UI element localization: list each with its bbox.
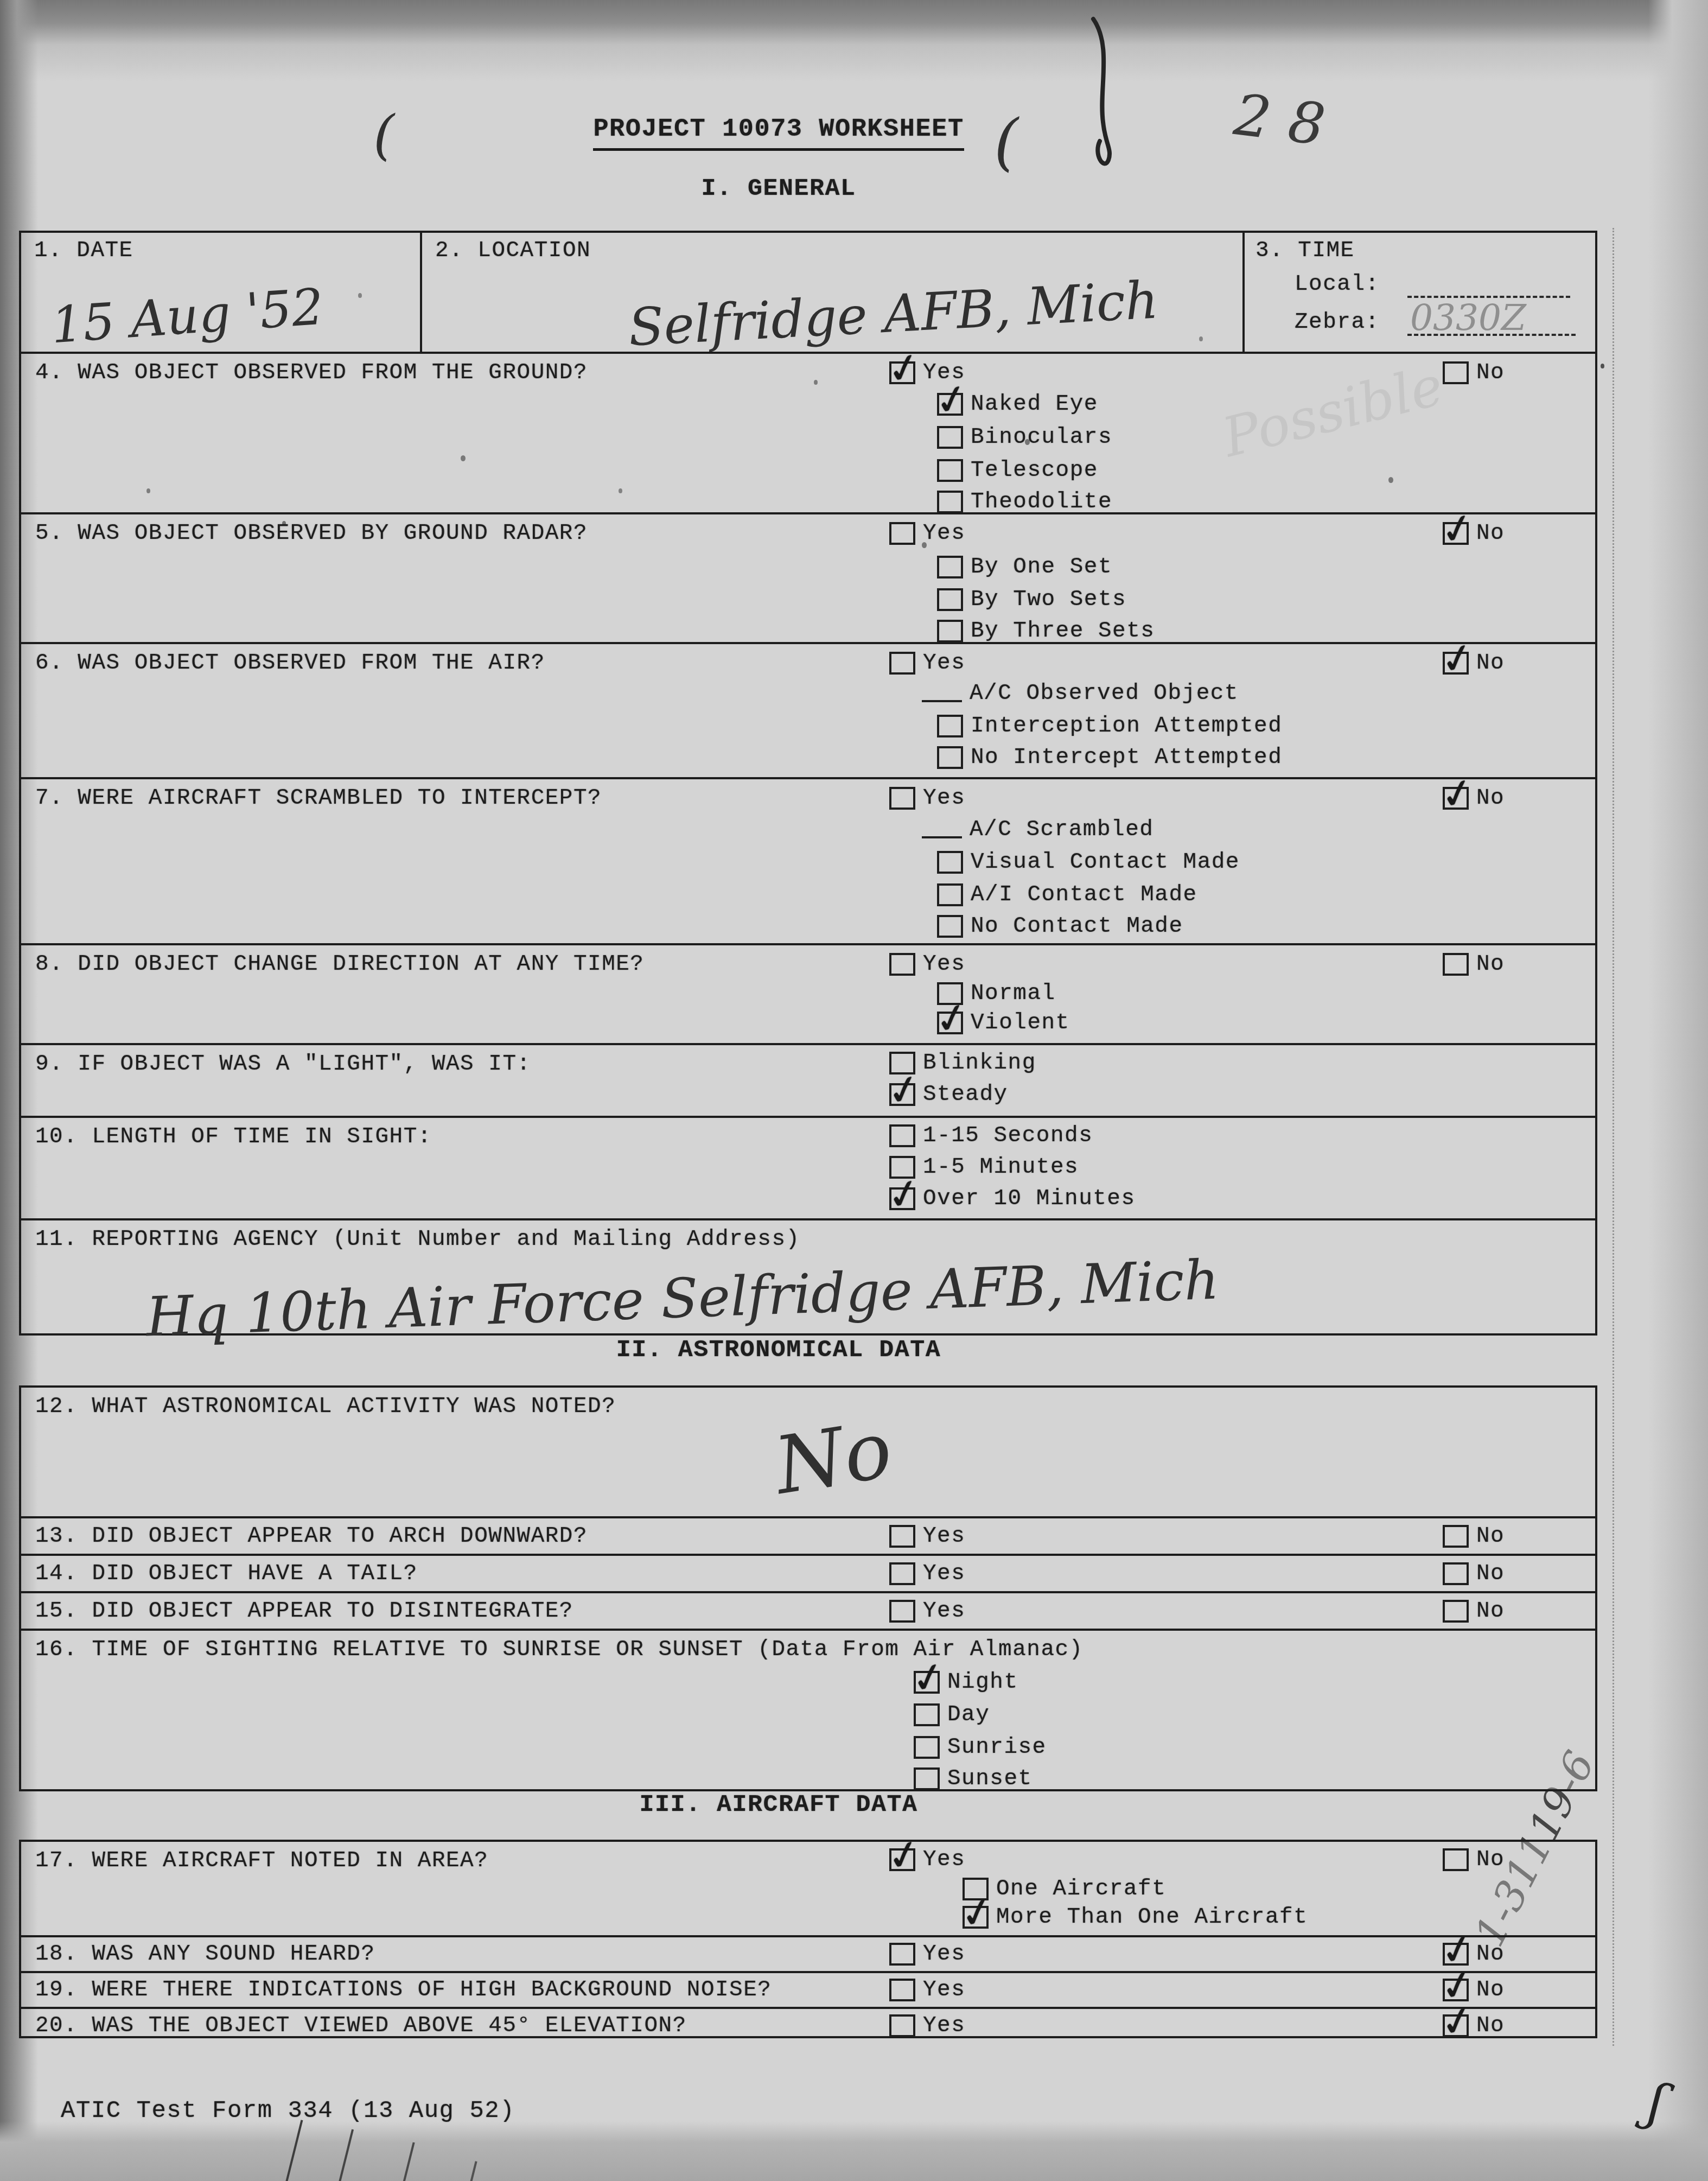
option-checkbox[interactable] — [914, 1736, 940, 1759]
section-astronomical-heading: II. ASTRONOMICAL DATA — [616, 1336, 941, 1364]
time-zebra-label: Zebra: — [1295, 310, 1380, 335]
question-label: 6. WAS OBJECT OBSERVED FROM THE AIR? — [35, 651, 545, 676]
question-label: 12. WHAT ASTRONOMICAL ACTIVITY WAS NOTED… — [35, 1394, 616, 1419]
form-number-footer: ATIC Test Form 334 (13 Aug 52) — [61, 2097, 515, 2125]
reporting-agency-value: Hq 10th Air Force Selfridge AFB, Mich — [145, 1248, 1220, 1349]
option-checkbox[interactable] — [937, 915, 963, 938]
option-label: Visual Contact Made — [971, 850, 1240, 875]
option-label: Over 10 Minutes — [923, 1186, 1136, 1211]
no-label: No — [1476, 1561, 1505, 1586]
option-checkbox[interactable] — [937, 1012, 963, 1034]
option-label: Sunrise — [947, 1735, 1047, 1760]
question-row-13: 13. DID OBJECT APPEAR TO ARCH DOWNWARD? … — [21, 1516, 1595, 1554]
option-label: 1-15 Seconds — [923, 1123, 1093, 1148]
yes-checkbox[interactable] — [889, 2014, 915, 2037]
handwritten-paren-right: ( — [994, 106, 1018, 179]
page-title: PROJECT 10073 WORKSHEET — [593, 115, 964, 151]
question-label: 20. WAS THE OBJECT VIEWED ABOVE 45° ELEV… — [35, 2013, 687, 2038]
date-value: 15 Aug '52 — [49, 278, 326, 355]
time-cell: 3. TIME Local: Zebra: 0330Z — [1242, 233, 1595, 352]
yes-label: Yes — [923, 1942, 965, 1967]
option-checkbox[interactable] — [937, 851, 963, 874]
question-row-5: 5. WAS OBJECT OBSERVED BY GROUND RADAR? … — [21, 512, 1595, 642]
question-label: 14. DID OBJECT HAVE A TAIL? — [35, 1561, 418, 1586]
scan-edge-right — [1648, 0, 1708, 2181]
question-row-6: 6. WAS OBJECT OBSERVED FROM THE AIR? Yes… — [21, 642, 1595, 777]
yes-checkbox[interactable] — [889, 361, 915, 384]
question-row-7: 7. WERE AIRCRAFT SCRAMBLED TO INTERCEPT?… — [21, 777, 1595, 943]
time-label: 3. TIME — [1255, 238, 1355, 263]
date-cell: 1. DATE 15 Aug '52 — [21, 233, 420, 352]
section-general-band: I. GENERAL — [0, 175, 1557, 202]
option-label: No Contact Made — [971, 914, 1183, 939]
option-label: Sunset — [947, 1766, 1033, 1791]
option-label: A/C Observed Object — [970, 681, 1239, 706]
yes-checkbox[interactable] — [889, 1943, 915, 1966]
scan-edge-top — [0, 0, 1708, 81]
question-row-11: 11. REPORTING AGENCY (Unit Number and Ma… — [21, 1218, 1595, 1351]
no-checkbox[interactable] — [1443, 522, 1469, 545]
option-checkbox[interactable] — [937, 393, 963, 416]
option-label: Telescope — [971, 458, 1098, 483]
yes-label: Yes — [923, 1977, 965, 2002]
ink-scrawl-mark — [1061, 14, 1148, 193]
handwritten-page-number: 2 8 — [1231, 81, 1329, 158]
option-checkbox[interactable] — [963, 1906, 989, 1929]
yes-checkbox[interactable] — [889, 953, 915, 976]
option-checkbox[interactable] — [937, 459, 963, 482]
yes-checkbox[interactable] — [889, 1562, 915, 1585]
question-row-18: 18. WAS ANY SOUND HEARD? Yes No — [21, 1935, 1595, 1971]
option-checkbox[interactable] — [937, 588, 963, 611]
question-label: 7. WERE AIRCRAFT SCRAMBLED TO INTERCEPT? — [35, 786, 602, 811]
option-label: Normal — [971, 981, 1056, 1006]
option-label: 1-5 Minutes — [923, 1155, 1079, 1180]
zebra-value: 0330Z — [1410, 297, 1526, 339]
no-checkbox[interactable] — [1443, 1600, 1469, 1623]
option-checkbox[interactable] — [889, 1187, 915, 1210]
question-label: 18. WAS ANY SOUND HEARD? — [35, 1942, 375, 1967]
astronomical-table: 12. WHAT ASTRONOMICAL ACTIVITY WAS NOTED… — [19, 1385, 1597, 1791]
astronomical-activity-value: No — [769, 1403, 898, 1512]
aircraft-table: 17. WERE AIRCRAFT NOTED IN AREA? Yes No … — [19, 1840, 1597, 2038]
option-label: Blinking — [923, 1051, 1036, 1076]
no-checkbox[interactable] — [1443, 1525, 1469, 1548]
question-label: 9. IF OBJECT WAS A "LIGHT", WAS IT: — [35, 1052, 531, 1077]
no-label: No — [1476, 651, 1505, 676]
no-checkbox[interactable] — [1443, 652, 1469, 675]
question-row-14: 14. DID OBJECT HAVE A TAIL? Yes No — [21, 1554, 1595, 1591]
handwritten-paren-left: ( — [373, 103, 394, 167]
location-cell: 2. LOCATION Selfridge AFB, Mich — [420, 233, 1242, 352]
no-label: No — [1476, 952, 1505, 977]
option-checkbox[interactable] — [914, 1703, 940, 1726]
yes-checkbox[interactable] — [889, 1848, 915, 1871]
option-label: One Aircraft — [996, 1877, 1166, 1902]
paper-edge-line — [1613, 228, 1614, 2046]
option-checkbox[interactable] — [937, 426, 963, 449]
option-checkbox[interactable] — [914, 1671, 940, 1694]
option-label: By Three Sets — [971, 619, 1155, 644]
no-label: No — [1476, 521, 1505, 546]
date-label: 1. DATE — [34, 238, 133, 263]
option-checkbox[interactable] — [937, 883, 963, 906]
yes-checkbox[interactable] — [889, 1600, 915, 1623]
option-blank-line[interactable] — [922, 685, 962, 702]
option-label: A/I Contact Made — [971, 882, 1197, 907]
yes-label: Yes — [923, 1599, 965, 1624]
no-label: No — [1476, 786, 1505, 811]
question-row-8: 8. DID OBJECT CHANGE DIRECTION AT ANY TI… — [21, 943, 1595, 1043]
yes-checkbox[interactable] — [889, 1979, 915, 2001]
question-row-19: 19. WERE THERE INDICATIONS OF HIGH BACKG… — [21, 1971, 1595, 2007]
option-checkbox[interactable] — [937, 556, 963, 578]
no-label: No — [1476, 2013, 1505, 2038]
yes-label: Yes — [923, 2013, 965, 2038]
no-label: No — [1476, 1977, 1505, 2002]
option-blank-line[interactable] — [922, 821, 962, 838]
local-blank-line[interactable] — [1407, 279, 1570, 298]
question-label: 17. WERE AIRCRAFT NOTED IN AREA? — [35, 1848, 488, 1873]
no-label: No — [1476, 1524, 1505, 1549]
question-label: 10. LENGTH OF TIME IN SIGHT: — [35, 1124, 432, 1149]
section-astronomical-band: II. ASTRONOMICAL DATA — [0, 1336, 1557, 1364]
yes-label: Yes — [923, 1524, 965, 1549]
option-checkbox[interactable] — [937, 746, 963, 769]
question-label: 13. DID OBJECT APPEAR TO ARCH DOWNWARD? — [35, 1524, 588, 1549]
yes-label: Yes — [923, 952, 965, 977]
yes-checkbox[interactable] — [889, 652, 915, 675]
no-checkbox[interactable] — [1443, 1848, 1469, 1871]
no-checkbox[interactable] — [1443, 1562, 1469, 1585]
scan-edge-bottom — [0, 2121, 1708, 2181]
option-label: No Intercept Attempted — [971, 745, 1282, 770]
option-checkbox[interactable] — [914, 1767, 940, 1790]
question-label: 4. WAS OBJECT OBSERVED FROM THE GROUND? — [35, 360, 588, 385]
no-label: No — [1476, 1599, 1505, 1624]
general-table: 1. DATE 15 Aug '52 2. LOCATION Selfridge… — [19, 231, 1597, 1336]
no-label: No — [1476, 1847, 1505, 1872]
location-value: Selfridge AFB, Mich — [627, 270, 1160, 358]
option-label: Violent — [971, 1010, 1070, 1035]
question-row-12: 12. WHAT ASTRONOMICAL ACTIVITY WAS NOTED… — [21, 1388, 1595, 1516]
yes-checkbox[interactable] — [889, 522, 915, 545]
option-label: Binoculars — [971, 425, 1112, 450]
yes-label: Yes — [923, 786, 965, 811]
option-checkbox[interactable] — [889, 1083, 915, 1106]
section-general-heading: I. GENERAL — [701, 175, 856, 202]
yes-checkbox[interactable] — [889, 1525, 915, 1548]
question-label: 15. DID OBJECT APPEAR TO DISINTEGRATE? — [35, 1599, 573, 1624]
option-checkbox[interactable] — [889, 1124, 915, 1147]
option-label: Steady — [923, 1082, 1008, 1107]
question-row-9: 9. IF OBJECT WAS A "LIGHT", WAS IT: Blin… — [21, 1043, 1595, 1116]
question-label: 5. WAS OBJECT OBSERVED BY GROUND RADAR? — [35, 521, 588, 546]
option-label: More Than One Aircraft — [996, 1905, 1308, 1930]
option-label: By Two Sets — [971, 587, 1126, 612]
no-checkbox[interactable] — [1443, 2014, 1469, 2037]
no-label: No — [1476, 360, 1505, 385]
option-checkbox[interactable] — [937, 491, 963, 513]
option-checkbox[interactable] — [937, 620, 963, 643]
scanned-worksheet-page: PROJECT 10073 WORKSHEET ( ( 2 8 I. GENER… — [0, 0, 1708, 2181]
yes-checkbox[interactable] — [889, 787, 915, 810]
question-label: 11. REPORTING AGENCY (Unit Number and Ma… — [35, 1227, 800, 1252]
question-row-4: 4. WAS OBJECT OBSERVED FROM THE GROUND? … — [21, 352, 1595, 512]
no-checkbox[interactable] — [1443, 953, 1469, 976]
option-checkbox[interactable] — [937, 715, 963, 737]
no-label: No — [1476, 1942, 1505, 1967]
question-row-17: 17. WERE AIRCRAFT NOTED IN AREA? Yes No … — [21, 1842, 1595, 1935]
question-row-10: 10. LENGTH OF TIME IN SIGHT: 1-15 Second… — [21, 1116, 1595, 1218]
location-label: 2. LOCATION — [435, 238, 591, 263]
yes-label: Yes — [923, 1847, 965, 1872]
question-row-20: 20. WAS THE OBJECT VIEWED ABOVE 45° ELEV… — [21, 2007, 1595, 2043]
question-row-16: 16. TIME OF SIGHTING RELATIVE TO SUNRISE… — [21, 1629, 1595, 1798]
section-aircraft-heading: III. AIRCRAFT DATA — [639, 1791, 917, 1818]
option-label: Theodolite — [971, 489, 1112, 514]
no-checkbox[interactable] — [1443, 787, 1469, 810]
option-label: Day — [947, 1702, 990, 1727]
option-label: A/C Scrambled — [970, 817, 1153, 842]
header-row: 1. DATE 15 Aug '52 2. LOCATION Selfridge… — [21, 233, 1595, 352]
question-row-15: 15. DID OBJECT APPEAR TO DISINTEGRATE? Y… — [21, 1591, 1595, 1629]
yes-label: Yes — [923, 651, 965, 676]
option-label: Interception Attempted — [971, 714, 1282, 739]
option-label: Night — [947, 1670, 1018, 1695]
section-aircraft-band: III. AIRCRAFT DATA — [0, 1791, 1557, 1818]
question-label: 19. WERE THERE INDICATIONS OF HIGH BACKG… — [35, 1977, 772, 2002]
option-label: Naked Eye — [971, 392, 1098, 417]
yes-label: Yes — [923, 521, 965, 546]
yes-label: Yes — [923, 1561, 965, 1586]
no-checkbox[interactable] — [1443, 361, 1469, 384]
option-label: By One Set — [971, 555, 1112, 580]
question-label: 8. DID OBJECT CHANGE DIRECTION AT ANY TI… — [35, 952, 644, 977]
time-local-label: Local: — [1295, 272, 1380, 297]
